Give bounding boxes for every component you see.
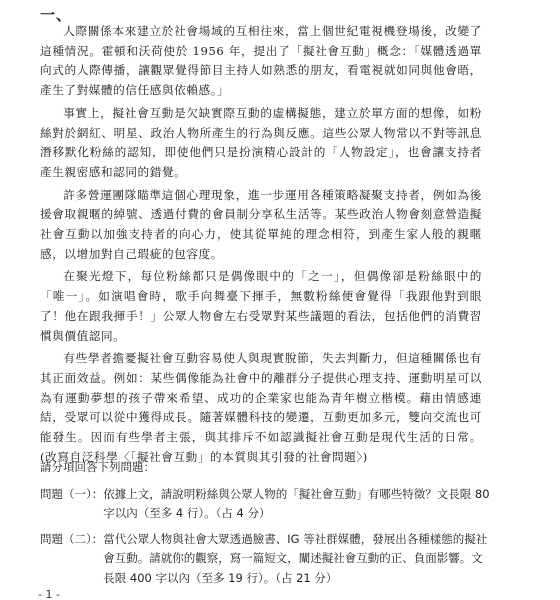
passage-paragraph-3: 許多營運團隊瞄準這個心理現象，進一步運用各種策略凝聚支持者，例如為後援會取親暱的… [40, 186, 482, 265]
passage-paragraph-1: 人際關係本來建立於社會場域的互相往來，當上個世紀電視機登場後，改變了這種情況。霍… [40, 22, 482, 101]
passage-paragraph-4: 在聚光燈下，每位粉絲都只是偶像眼中的「之一」，但偶像卻是粉絲眼中的「唯一」。如演… [40, 267, 482, 346]
question-2-text: 當代公眾人物與社會大眾透過臉書、IG 等社群媒體，發展出各種樣態的擬社會互動。請… [103, 530, 490, 589]
question-1: 問題（一）： 依據上文，請說明粉絲與公眾人物的「擬社會互動」有哪些特徵？文長限 … [40, 485, 490, 524]
passage-paragraph-5: 有些學者擔憂擬社會互動容易使人與現實脫節，失去判斷力，但這種關係也有其正面效益。… [40, 349, 482, 467]
reading-passage: 人際關係本來建立於社會場域的互相往來，當上個世紀電視機登場後，改變了這種情況。霍… [40, 22, 482, 470]
page-number: - 1 - [38, 588, 60, 600]
passage-paragraph-2: 事實上，擬社會互動是欠缺實際互動的虛構擬態，建立於單方面的想像，如粉絲對於網紅、… [40, 104, 482, 183]
question-2-label: 問題（二）： [40, 530, 103, 589]
question-2: 問題（二）： 當代公眾人物與社會大眾透過臉書、IG 等社群媒體，發展出各種樣態的… [40, 530, 490, 589]
question-1-label: 問題（一）： [40, 485, 103, 524]
question-1-text: 依據上文，請說明粉絲與公眾人物的「擬社會互動」有哪些特徵？文長限 80 字以內（… [103, 485, 490, 524]
questions-section: 請分項回答下列問題： 問題（一）： 依據上文，請說明粉絲與公眾人物的「擬社會互動… [40, 458, 490, 594]
questions-intro: 請分項回答下列問題： [40, 458, 490, 478]
